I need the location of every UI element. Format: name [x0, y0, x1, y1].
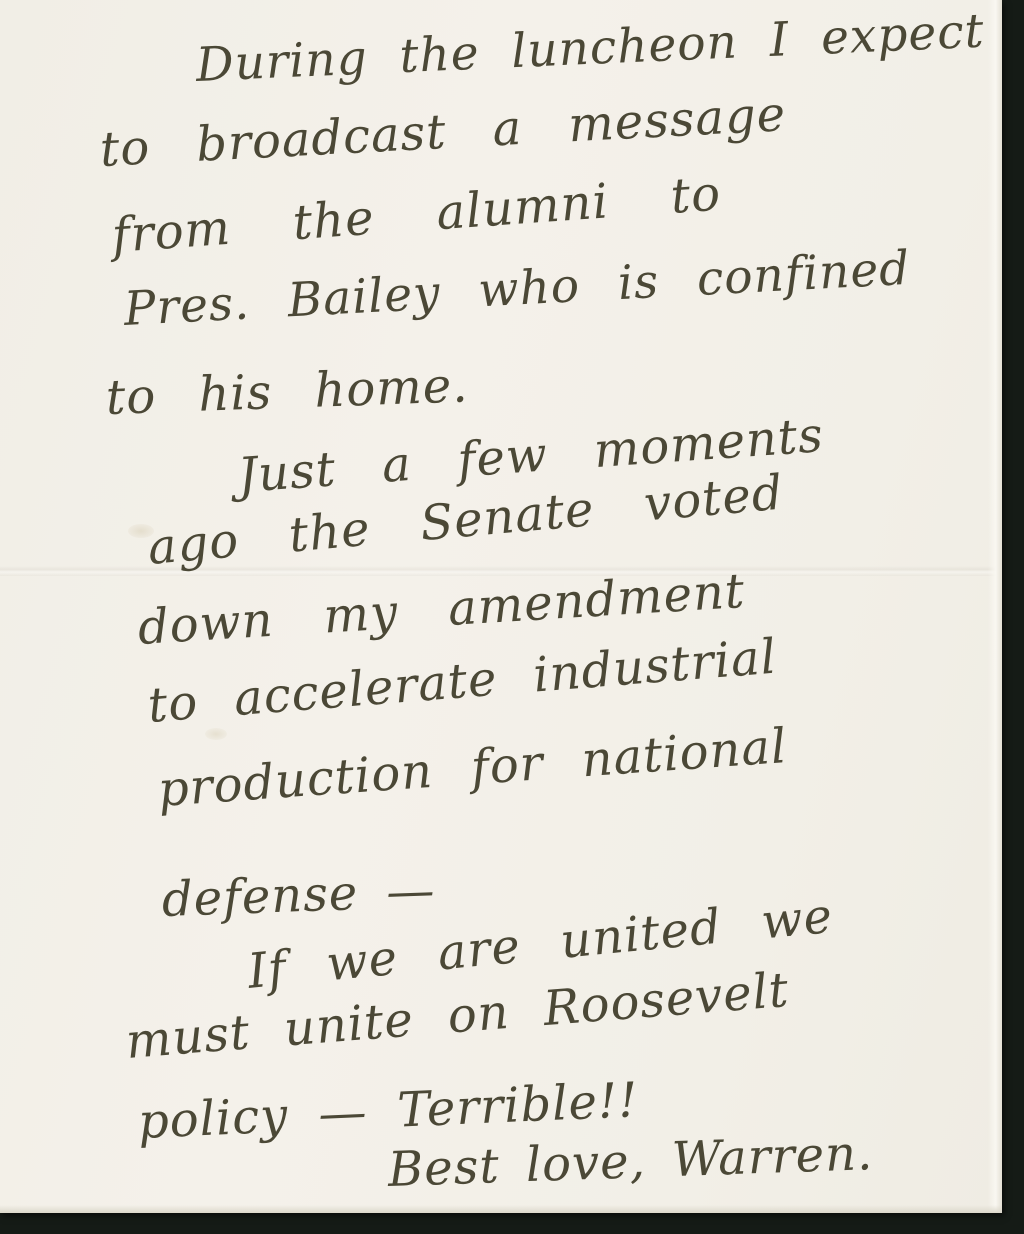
- handwritten-line: to broadcast a message: [99, 86, 788, 178]
- stain-spot: [205, 728, 227, 740]
- handwritten-line: production for national: [156, 718, 789, 818]
- handwritten-line: During the luncheon I expect: [195, 4, 986, 93]
- scan-backdrop: During the luncheon I expect to broadcas…: [0, 0, 1024, 1234]
- handwritten-line: from the alumni to: [110, 165, 723, 263]
- handwritten-line: Pres. Bailey who is confined: [123, 241, 912, 337]
- handwritten-line: defense —: [161, 862, 436, 928]
- letter-page: During the luncheon I expect to broadcas…: [0, 0, 1002, 1213]
- paper-edge: [0, 1205, 1002, 1213]
- handwritten-signature-line: Best love, Warren.: [387, 1125, 874, 1198]
- paper-edge: [988, 0, 1002, 1213]
- handwritten-line: to his home.: [105, 357, 469, 426]
